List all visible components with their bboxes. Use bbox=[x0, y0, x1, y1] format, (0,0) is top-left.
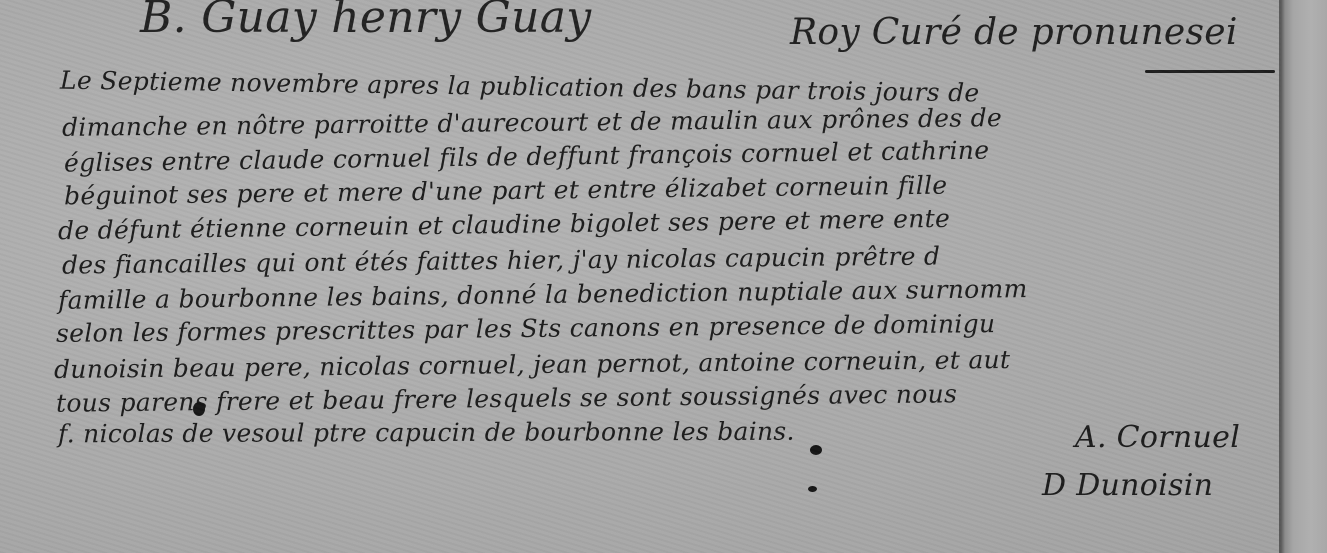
header-underline bbox=[1145, 70, 1275, 73]
signature-cornuel: A. Cornuel bbox=[1075, 420, 1240, 455]
text-line-4: béguinot ses pere et mere d'une part et … bbox=[64, 171, 948, 211]
text-line-6: des fiancailles qui ont étés faittes hie… bbox=[62, 241, 941, 279]
ink-blot bbox=[808, 486, 817, 492]
signature-dunoisin: D Dunoisin bbox=[1042, 468, 1213, 503]
text-line-5: de défunt étienne corneuin et claudine b… bbox=[58, 204, 950, 245]
ink-blot bbox=[193, 402, 205, 416]
margin-header-left: B. Guay henry Guay bbox=[140, 0, 591, 43]
margin-header-right: Roy Curé de pronunesei bbox=[790, 12, 1238, 53]
page-binding-gutter bbox=[1281, 0, 1327, 553]
text-line-9: dunoisin beau pere, nicolas cornuel, jea… bbox=[54, 345, 1011, 384]
text-line-11: f. nicolas de vesoul ptre capucin de bou… bbox=[58, 417, 795, 449]
text-line-2: dimanche en nôtre parroitte d'aurecourt … bbox=[62, 103, 1002, 142]
text-line-1: Le Septieme novembre apres la publicatio… bbox=[60, 66, 980, 108]
text-line-10: tous parens frere et beau frere lesquels… bbox=[56, 379, 957, 417]
ink-blot bbox=[810, 445, 822, 455]
text-line-7: famille a bourbonne les bains, donné la … bbox=[58, 274, 1028, 315]
text-line-8: selon les formes prescrittes par les Sts… bbox=[56, 309, 996, 348]
document-page: B. Guay henry Guay Roy Curé de pronunese… bbox=[0, 0, 1283, 553]
